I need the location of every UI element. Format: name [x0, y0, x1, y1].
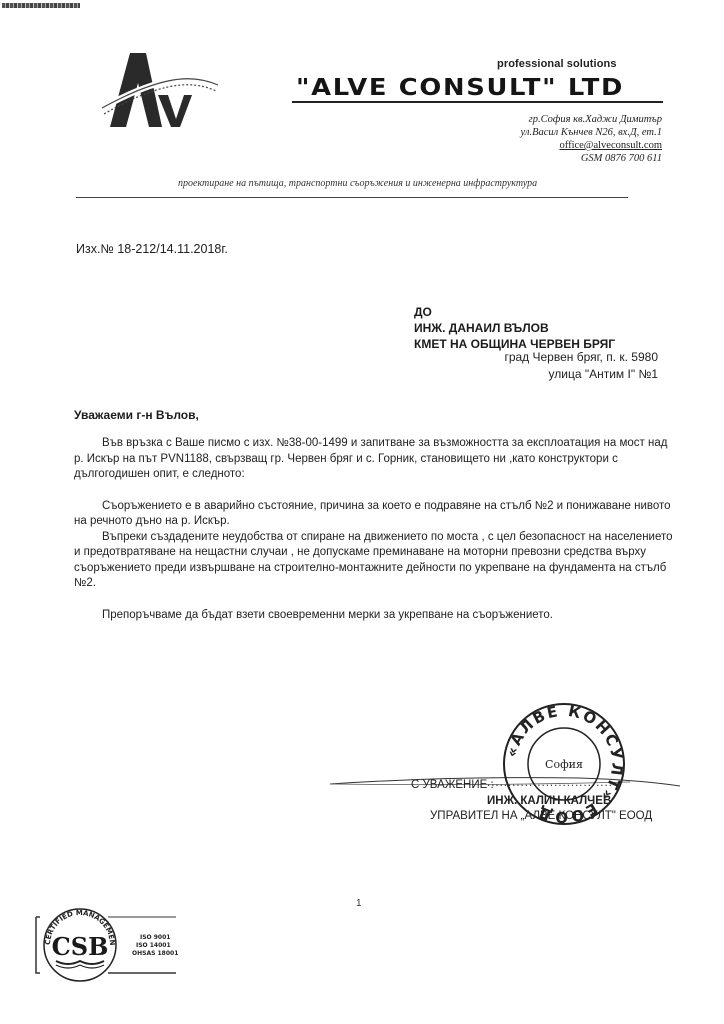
- paragraph: Препоръчваме да бъдат взети своевременни…: [74, 608, 674, 624]
- recipient-city: град Червен бряг, п. к. 5980: [504, 349, 658, 366]
- cert-standard-2: ISO 14001: [136, 942, 171, 949]
- header-divider: [76, 197, 628, 198]
- letter-body: Във връзка с Ваше писмо с изх. №38-00-14…: [74, 436, 674, 623]
- recipient-to: ДО: [414, 304, 615, 320]
- tagline-small: professional solutions: [497, 58, 617, 70]
- recipient-block: ДО ИНЖ. ДАНАИЛ ВЪЛОВ КМЕТ НА ОБЩИНА ЧЕРВ…: [414, 304, 615, 352]
- company-address: гр.София кв.Хаджи Димитър ул.Васил Кънче…: [521, 113, 662, 165]
- activity-tagline: проектиране на пътища, транспортни съоръ…: [178, 178, 537, 189]
- greeting: Уважаеми г-н Вълов,: [74, 408, 199, 422]
- company-stamp-icon: «АЛВЕ КОНСУЛТ» ЕООД София: [500, 700, 628, 828]
- stamp-center-text: София: [545, 758, 583, 771]
- cert-standard-1: ISO 9001: [140, 934, 170, 941]
- company-name: "ALVE CONSULT" LTD: [296, 75, 624, 101]
- email-link[interactable]: office@alveconsult.com: [521, 139, 662, 152]
- company-underline: [292, 101, 663, 103]
- paragraph: Съоръжението е в аварийно състояние, при…: [74, 499, 674, 530]
- cert-standard-3: OHSAS 18001: [132, 950, 178, 957]
- cert-logo-text: CSB: [52, 932, 109, 961]
- phone: GSM 0876 700 611: [521, 152, 662, 165]
- address-line-2: ул.Васил Кънчев N26, вх.Д, ет.1: [521, 126, 662, 139]
- certification-badge-icon: CERTIFIED MANAGEMENT SYSTEM CSB ISO 9001…: [28, 905, 178, 985]
- company-logo-icon: [100, 45, 220, 130]
- closing-regards: С УВАЖЕНИЕ :: [411, 779, 494, 791]
- address-line-1: гр.София кв.Хаджи Димитър: [521, 113, 662, 126]
- scan-artifact: [2, 3, 80, 8]
- paragraph: Въпреки създадените неудобства от спиран…: [74, 530, 674, 592]
- recipient-name: ИНЖ. ДАНАИЛ ВЪЛОВ: [414, 320, 615, 336]
- page-number: 1: [356, 898, 362, 909]
- recipient-street: улица "Антим I" №1: [504, 366, 658, 383]
- paragraph: Във връзка с Ваше писмо с изх. №38-00-14…: [74, 436, 674, 483]
- recipient-address: град Червен бряг, п. к. 5980 улица "Анти…: [504, 349, 658, 383]
- outgoing-reference: Изх.№ 18-212/14.11.2018г.: [76, 242, 228, 256]
